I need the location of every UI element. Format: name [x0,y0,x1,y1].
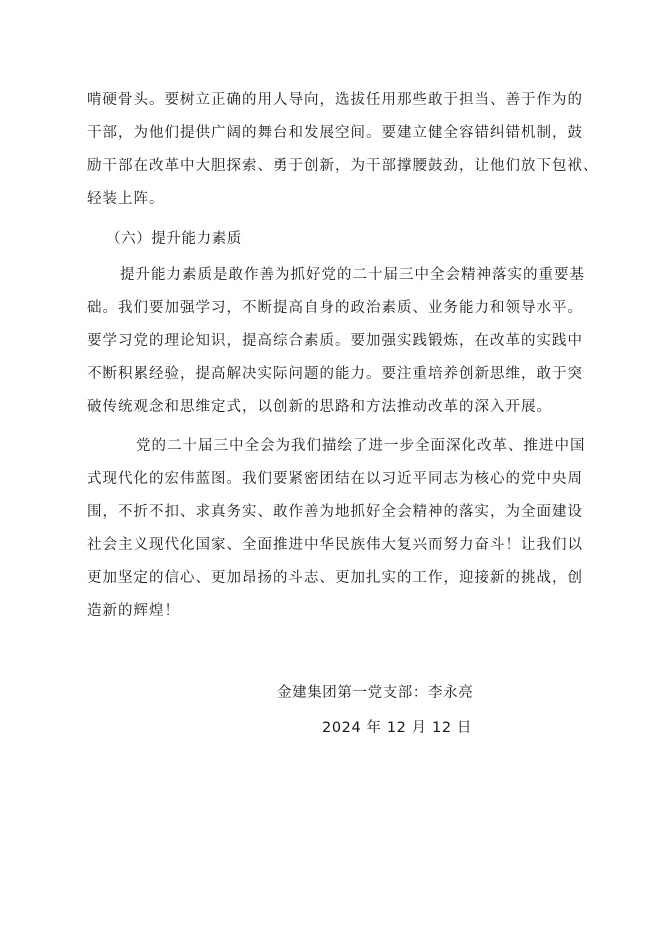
section-heading: （六）提升能力素质 [106,229,242,249]
paragraph-line: 围，不折不扣、求真务实、敢作善为地抓好全会精神的落实，为全面建设 [87,502,559,522]
signature-author: 金建集团第一党支部：李永亮 [277,683,473,703]
paragraph-line: 轻装上阵。 [87,189,559,209]
paragraph-line: 啃硬骨头。要树立正确的用人导向，选拔任用那些敢于担当、善于作为的 [87,90,559,110]
paragraph-line: 社会主义现代化国家、全面推进中华民族伟大复兴而努力奋斗！让我们以 [87,535,559,555]
paragraph-line: 励干部在改革中大胆探索、勇于创新，为干部撑腰鼓劲，让他们放下包袱、 [87,156,559,176]
signature-date: 2024 年 12 月 12 日 [322,718,472,738]
paragraph-line: 式现代化的宏伟蓝图。我们要紧密团结在以习近平同志为核心的党中央周 [87,469,559,489]
paragraph-line: 提升能力素质是敢作善为抓好党的二十届三中全会精神落实的重要基 [120,265,559,285]
paragraph-line: 不断积累经验，提高解决实际问题的能力。要注重培养创新思维，敢于突 [87,364,559,384]
paragraph-line: 更加坚定的信心、更加昂扬的斗志、更加扎实的工作，迎接新的挑战，创 [87,568,559,588]
paragraph-line: 干部，为他们提供广阔的舞台和发展空间。要建立健全容错纠错机制，鼓 [87,123,559,143]
paragraph-line: 造新的辉煌！ [87,601,559,621]
paragraph-line: 破传统观念和思维定式，以创新的思路和方法推动改革的深入开展。 [87,397,559,417]
paragraph-line: 础。我们要加强学习，不断提高自身的政治素质、业务能力和领导水平。 [87,298,559,318]
document-page: 啃硬骨头。要树立正确的用人导向，选拔任用那些敢于担当、善于作为的 干部，为他们提… [0,0,650,944]
paragraph-line: 党的二十届三中全会为我们描绘了进一步全面深化改革、推进中国 [136,436,559,456]
paragraph-line: 要学习党的理论知识，提高综合素质。要加强实践锻炼，在改革的实践中 [87,331,559,351]
